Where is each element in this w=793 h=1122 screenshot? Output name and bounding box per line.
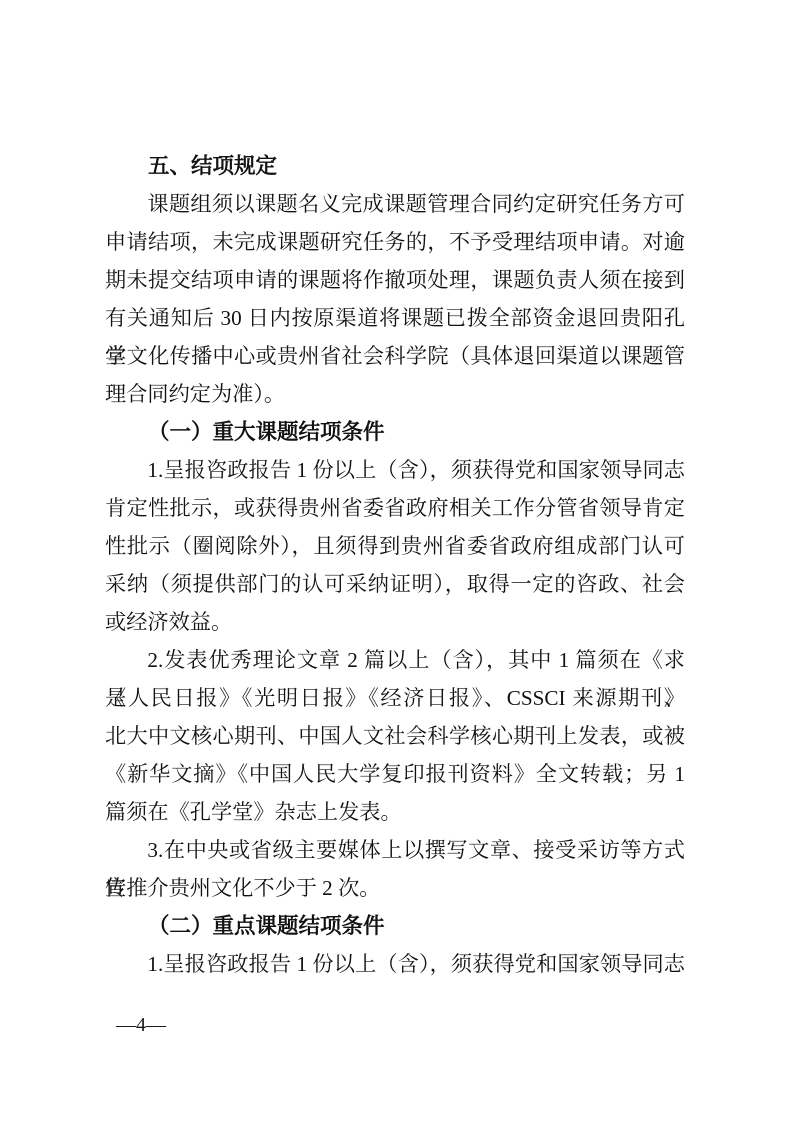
paragraph-line: 《人民日报》《光明日报》《经济日报》、CSSCI 来源期刊、 [105, 679, 685, 717]
paragraph-line: 《新华文摘》《中国人民大学复印报刊资料》全文转载；另 1 [105, 755, 685, 793]
paragraph-line: 篇须在《孔学堂》杂志上发表。 [105, 793, 685, 831]
paragraph-line: 申请结项，未完成课题研究任务的，不予受理结项申请。对逾 [105, 223, 685, 261]
document-body: 五、结项规定 课题组须以课题名义完成课题管理合同约定研究任务方可 申请结项，未完… [105, 147, 685, 983]
subsection-heading-2: （二）重点课题结项条件 [105, 907, 685, 945]
paragraph-line: 1.呈报咨政报告 1 份以上（含），须获得党和国家领导同志 [105, 945, 685, 983]
paragraph-line: 期未提交结项申请的课题将作撤项处理，课题负责人须在接到 [105, 261, 685, 299]
document-page: 五、结项规定 课题组须以课题名义完成课题管理合同约定研究任务方可 申请结项，未完… [0, 0, 793, 1122]
paragraph-line: 有关通知后 30 日内按原渠道将课题已拨全部资金退回贵阳孔学 [105, 299, 685, 337]
paragraph-line: 堂文化传播中心或贵州省社会科学院（具体退回渠道以课题管 [105, 337, 685, 375]
paragraph-line: 采纳（须提供部门的认可采纳证明），取得一定的咨政、社会 [105, 565, 685, 603]
paragraph-line: 性批示（圈阅除外），且须得到贵州省委省政府组成部门认可 [105, 527, 685, 565]
subsection-heading-1: （一）重大课题结项条件 [105, 413, 685, 451]
paragraph-line: 2.发表优秀理论文章 2 篇以上（含），其中 1 篇须在《求是》 [105, 641, 685, 679]
paragraph-line: 或经济效益。 [105, 603, 685, 641]
paragraph-line: 1.呈报咨政报告 1 份以上（含），须获得党和国家领导同志 [105, 451, 685, 489]
section-heading: 五、结项规定 [105, 147, 685, 185]
paragraph-line: 北大中文核心期刊、中国人文社会科学核心期刊上发表，或被 [105, 717, 685, 755]
paragraph-line: 课题组须以课题名义完成课题管理合同约定研究任务方可 [105, 185, 685, 223]
paragraph-line: 3.在中央或省级主要媒体上以撰写文章、接受采访等方式宣 [105, 831, 685, 869]
paragraph-line: 传推介贵州文化不少于 2 次。 [105, 869, 685, 907]
paragraph-line: 理合同约定为准）。 [105, 375, 685, 413]
page-number: —4— [116, 1013, 166, 1037]
paragraph-line: 肯定性批示，或获得贵州省委省政府相关工作分管省领导肯定 [105, 489, 685, 527]
